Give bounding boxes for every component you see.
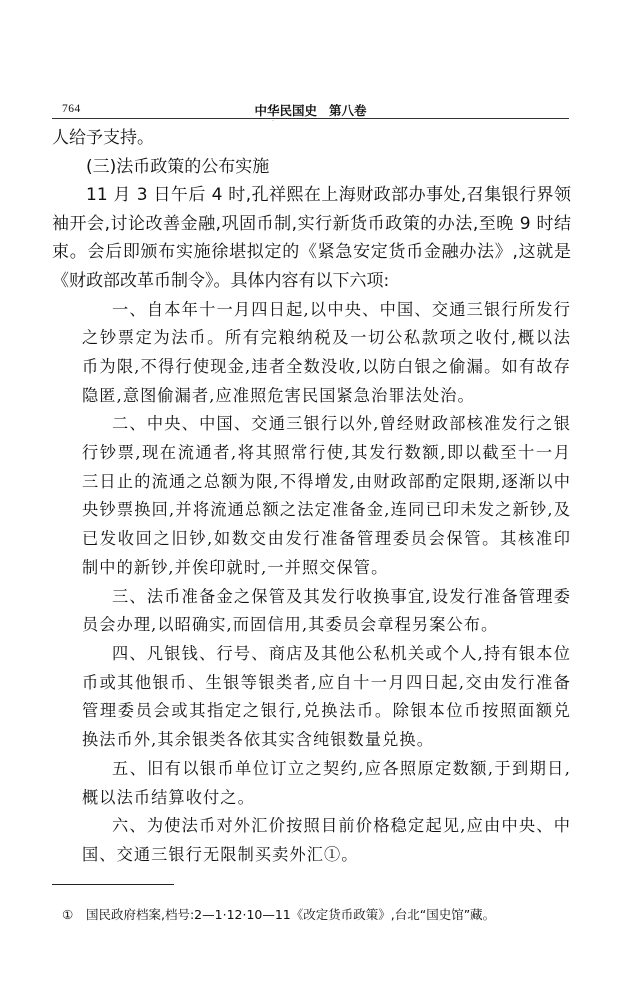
decree-item-1: 一、自本年十一月四日起,以中央、中国、交通三银行所发行之钞票定为法币。所有完粮纳…	[82, 296, 571, 411]
footnote: ①国民政府档案,档号:2—1·12·10—11《改定货币政策》,台北“国史馆”藏…	[62, 905, 582, 923]
continuation-text: 人给予支持。	[52, 124, 571, 153]
footnote-marker: ①	[62, 907, 86, 922]
header-rule	[52, 118, 569, 119]
decree-item-3: 三、法币准备金之保管及其发行收换事宜,设发行准备管理委员会办理,以昭确实,而固信…	[82, 583, 571, 640]
book-title-text: 中华民国史	[254, 103, 317, 118]
footnote-rule	[52, 884, 174, 885]
decree-item-4: 四、凡银钱、行号、商店及其他公私机关或个人,持有银本位币或其他银币、生银等银类者…	[82, 640, 571, 755]
section-heading: (三)法币政策的公布实施	[52, 153, 571, 182]
body-text: 人给予支持。 (三)法币政策的公布实施 11 月 3 日午后 4 时,孔祥熙在上…	[52, 124, 571, 870]
decree-item-5: 五、旧有以银币单位订立之契约,应各照原定数额,于到期日,概以法币结算收付之。	[82, 755, 571, 812]
footnote-text: 国民政府档案,档号:2—1·12·10—11《改定货币政策》,台北“国史馆”藏。	[86, 907, 495, 922]
decree-item-6: 六、为使法币对外汇价按照目前价格稳定起见,应由中央、中国、交通三银行无限制买卖外…	[82, 812, 571, 869]
book-page: 764 中华民国史第八卷 · 人给予支持。 (三)法币政策的公布实施 11 月 …	[0, 0, 644, 1000]
paragraph: 11 月 3 日午后 4 时,孔祥熙在上海财政部办事处,召集银行界领袖开会,讨论…	[52, 181, 571, 295]
volume-label: 第八卷	[329, 103, 367, 118]
book-title: 中华民国史第八卷	[52, 101, 569, 119]
decree-item-2: 二、中央、中国、交通三银行以外,曾经财政部核准发行之银行钞票,现在流通者,将其照…	[82, 410, 571, 582]
